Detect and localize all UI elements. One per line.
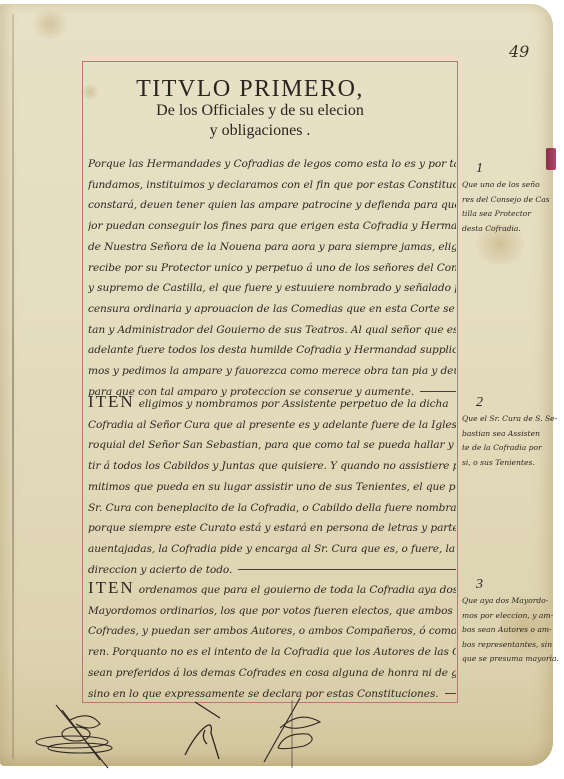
subtitle-line: De los Officiales y de su elecion — [110, 101, 410, 121]
text-line-content: eligimos y nombramos por Assistente perp… — [139, 398, 449, 410]
text-line: mitimos que pueda en su lugar assistir u… — [88, 477, 456, 498]
margin-note-line: Que uno de los seño — [462, 178, 558, 193]
text-line: Cofradia al Señor Cura que al presente e… — [88, 415, 456, 436]
text-line: tan y Administrador del Gouierno de sus … — [88, 320, 456, 341]
text-line-content: ordenamos que para el gouierno de toda l… — [139, 584, 456, 596]
margin-note-line: te de la Cofradia por — [462, 441, 558, 456]
text-line: Porque las Hermandades y Cofradias de le… — [88, 154, 456, 175]
iten-lead: ITEN — [88, 392, 135, 411]
signature-initial-center-icon — [185, 702, 220, 759]
end-rule — [238, 569, 456, 570]
margin-note-line: Que aya dos Mayordo- — [462, 594, 558, 609]
text-line: mos y pedimos la ampare y fauorezca como… — [88, 361, 456, 382]
iten-lead: ITEN — [88, 578, 135, 597]
margin-note-1: 1 Que uno de los seño res del Consejo de… — [462, 160, 558, 236]
text-line: recibe por su Protector unico y perpetuo… — [88, 258, 456, 279]
margin-note-line: Que el Sr. Cura de S. Se- — [462, 412, 558, 427]
paragraph-assistente: ITENeligimos y nombramos por Assistente … — [88, 392, 456, 580]
margin-note-line: si, o sus Tenientes. — [462, 456, 558, 471]
text-line: tir á todos los Cabildos y Juntas que qu… — [88, 456, 456, 477]
text-line: fundamos, instituimos y declaramos con e… — [88, 175, 456, 196]
margin-note-number: 3 — [476, 576, 558, 594]
margin-note-line: desta Cofradia. — [462, 222, 558, 237]
text-line: auentajadas, la Cofradia pide y encarga … — [88, 539, 456, 560]
text-line: jor puedan conseguir los fines para que … — [88, 216, 456, 237]
margin-note-3: 3 Que aya dos Mayordo- mos por eleccion,… — [462, 576, 558, 667]
text-line: ren. Porquanto no es el intento de la Co… — [88, 642, 456, 663]
paper-stain — [30, 9, 70, 39]
margin-note-line: que se presuma mayoria. — [462, 652, 558, 667]
subtitle-line: y obligaciones . — [110, 121, 410, 141]
text-line: Cofrades, y puedan ser ambos Autores, o … — [88, 621, 456, 642]
page-title: TITVLO PRIMERO, — [130, 76, 370, 103]
paragraph-mayordomos: ITENordenamos que para el gouierno de to… — [88, 578, 456, 704]
text-line: de Nuestra Señora de la Nouena para aora… — [88, 237, 456, 258]
paragraph-protector: Porque las Hermandades y Cofradias de le… — [88, 154, 456, 402]
signature-flourish-right-icon — [264, 698, 320, 768]
margin-note-number: 2 — [476, 394, 558, 412]
signatures-area — [0, 690, 564, 770]
text-line: y supremo de Castilla, el que fuere y es… — [88, 278, 456, 299]
text-line: Sr. Cura con beneplacito de la Cofradia,… — [88, 498, 456, 519]
text-line: Mayordomos ordinarios, los que por votos… — [88, 601, 456, 622]
text-line: porque siempre este Curato está y estará… — [88, 518, 456, 539]
margin-note-line: mos por eleccion, y am- — [462, 609, 558, 624]
text-line: ITENeligimos y nombramos por Assistente … — [88, 392, 456, 415]
margin-note-number: 1 — [476, 160, 558, 178]
rubric-flourish-left-icon — [36, 705, 112, 768]
text-line-content: direccion y acierto de todo. — [88, 564, 232, 576]
text-line: sean preferidos á los demas Cofrades en … — [88, 663, 456, 684]
folio-number: 49 — [509, 42, 529, 61]
margin-note-line: bos representantes, sin — [462, 638, 558, 653]
text-line: roquial del Señor San Sebastian, para qu… — [88, 435, 456, 456]
margin-note-line: bastian sea Assisten — [462, 427, 558, 442]
margin-note-2: 2 Que el Sr. Cura de S. Se- bastian sea … — [462, 394, 558, 470]
text-line: adelante fuere todos los desta humilde C… — [88, 340, 456, 361]
text-line: constará, deuen tener quien las ampare p… — [88, 195, 456, 216]
margin-note-line: tilla sea Protector — [462, 207, 558, 222]
text-line: censura ordinaria y aprouacion de las Co… — [88, 299, 456, 320]
margin-note-line: res del Consejo de Cas — [462, 193, 558, 208]
margin-note-line: bos sean Autores o am- — [462, 623, 558, 638]
text-line: ITENordenamos que para el gouierno de to… — [88, 578, 456, 601]
page-subtitle: De los Officiales y de su elecion y obli… — [110, 101, 410, 141]
